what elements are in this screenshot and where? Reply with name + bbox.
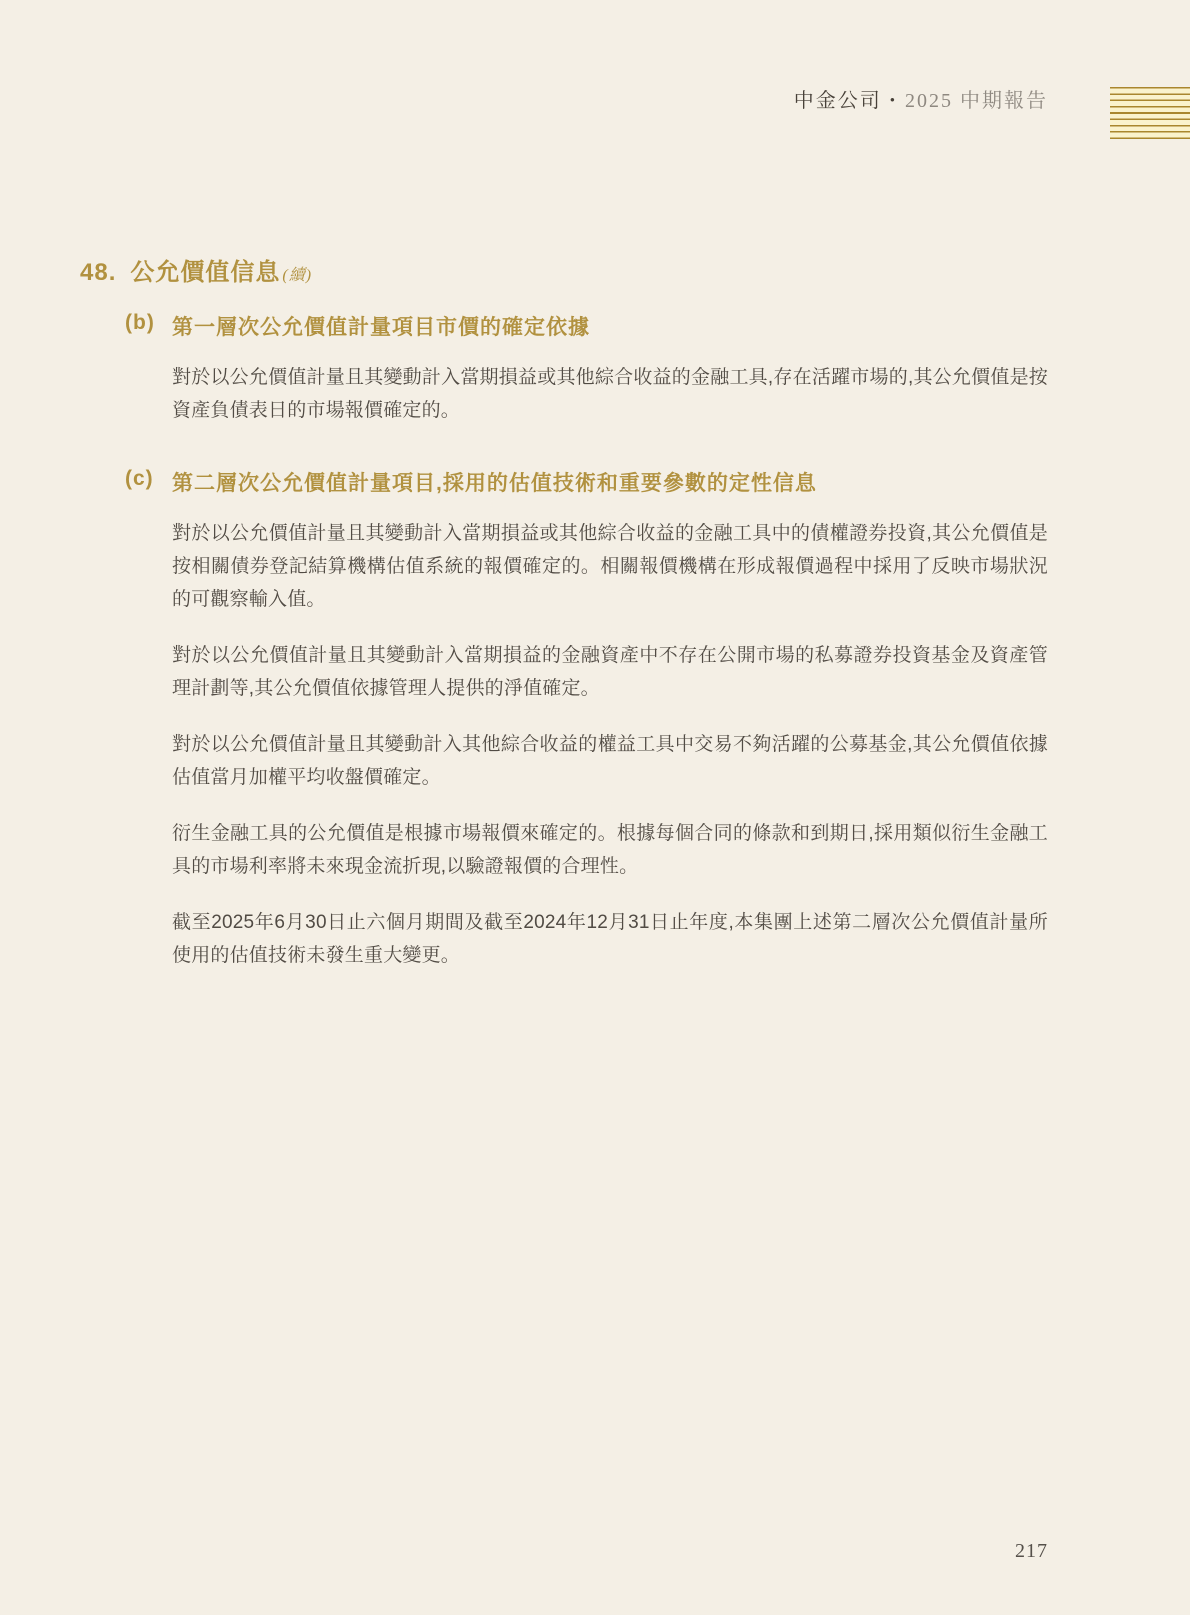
section-title: 公允價值信息: [130, 259, 280, 286]
paragraph: 截至2025年6月30日止六個月期間及截至2024年12月31日止年度,本集團上…: [172, 906, 1048, 972]
subsection-b-title: 第一層次公允價值計量項目市價的確定依據: [172, 311, 590, 341]
subsection-b-heading: (b) 第一層次公允價值計量項目市價的確定依據: [125, 311, 1048, 341]
subsection-c: (c) 第二層次公允價值計量項目,採用的估值技術和重要參數的定性信息 對於以公允…: [125, 467, 1048, 972]
company-name: 中金公司: [794, 90, 882, 112]
subsection-c-title: 第二層次公允價值計量項目,採用的估值技術和重要參數的定性信息: [172, 467, 817, 497]
section-continued-note: (續): [282, 267, 312, 284]
subsection-b-label: (b): [125, 311, 172, 341]
section-heading: 48.公允價值信息(續): [80, 252, 1048, 287]
subsection-b-body: 對於以公允價值計量且其變動計入當期損益或其他綜合收益的金融工具,存在活躍市場的,…: [172, 361, 1048, 427]
page-header: 中金公司•2025 中期報告: [0, 84, 1048, 113]
section-number: 48.: [80, 259, 116, 286]
paragraph: 衍生金融工具的公允價值是根據市場報價來確定的。根據每個合同的條款和到期日,採用類…: [172, 817, 1048, 883]
paragraph: 對於以公允價值計量且其變動計入當期損益或其他綜合收益的金融工具中的債權證券投資,…: [172, 517, 1048, 616]
subsection-b: (b) 第一層次公允價值計量項目市價的確定依據 對於以公允價值計量且其變動計入當…: [125, 311, 1048, 427]
paragraph: 對於以公允價值計量且其變動計入當期損益的金融資產中不存在公開市場的私募證券投資基…: [172, 639, 1048, 705]
subsection-c-body: 對於以公允價值計量且其變動計入當期損益或其他綜合收益的金融工具中的債權證券投資,…: [172, 517, 1048, 972]
subsection-c-label: (c): [125, 467, 172, 497]
report-title: 2025 中期報告: [905, 90, 1048, 112]
subsection-c-heading: (c) 第二層次公允價值計量項目,採用的估值技術和重要參數的定性信息: [125, 467, 1048, 497]
header-separator-dot: •: [890, 93, 897, 109]
corner-stripes-decoration: [1110, 87, 1190, 139]
paragraph: 對於以公允價值計量且其變動計入當期損益或其他綜合收益的金融工具,存在活躍市場的,…: [172, 361, 1048, 427]
document-content: 48.公允價值信息(續) (b) 第一層次公允價值計量項目市價的確定依據 對於以…: [80, 252, 1048, 995]
page-number: 217: [1015, 1540, 1048, 1563]
paragraph: 對於以公允價值計量且其變動計入其他綜合收益的權益工具中交易不夠活躍的公募基金,其…: [172, 728, 1048, 794]
